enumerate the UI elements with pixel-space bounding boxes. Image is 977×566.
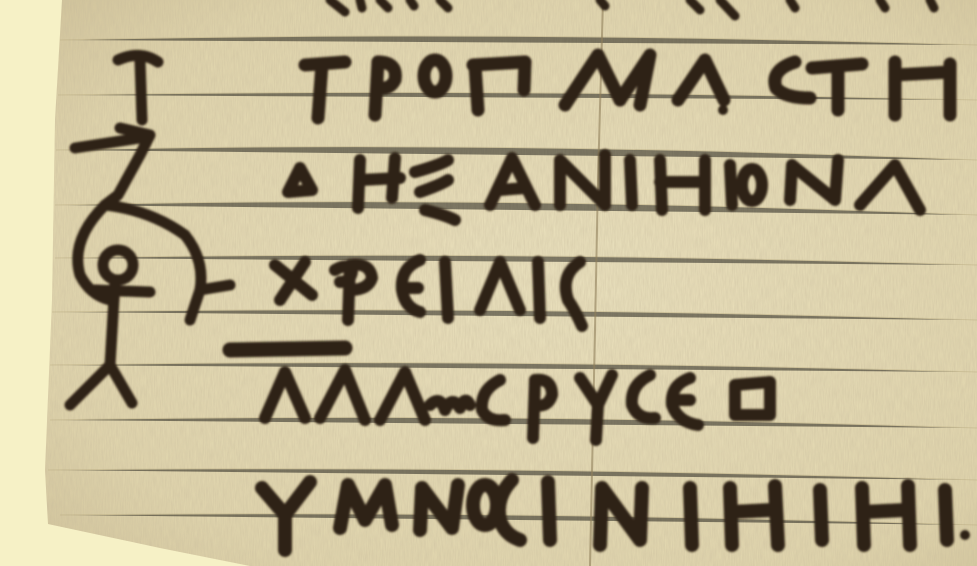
- papyrus-photograph: [0, 0, 977, 566]
- paragraphos-mark: [230, 348, 345, 350]
